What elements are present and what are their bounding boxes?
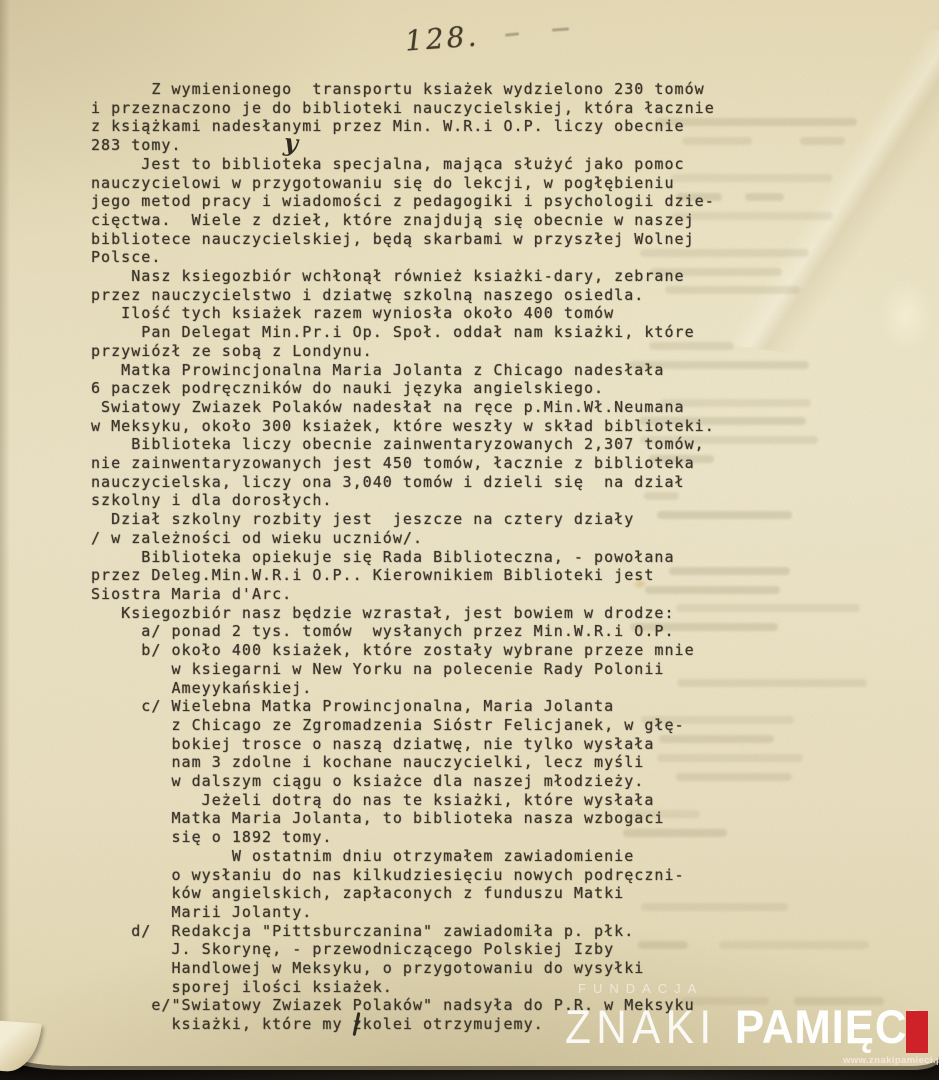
watermark-red-block <box>906 1011 928 1053</box>
page-number: 128. <box>404 19 480 57</box>
watermark-url: www.znakipamieci.pl <box>843 1055 939 1066</box>
paper-highlight-spot <box>880 280 932 350</box>
handwritten-correction: y <box>283 127 300 157</box>
paper-edge-shadow <box>0 0 10 1066</box>
page-corner-curl <box>0 1020 42 1073</box>
scanned-document: 128. Z wymienionego transportu ksiażek w… <box>0 0 939 1080</box>
pencil-mark <box>552 27 569 31</box>
typewritten-text: Z wymienionego transportu ksiażek wydzie… <box>91 80 715 1034</box>
pencil-mark <box>505 32 519 36</box>
document-page: 128. Z wymienionego transportu ksiażek w… <box>0 0 939 1066</box>
